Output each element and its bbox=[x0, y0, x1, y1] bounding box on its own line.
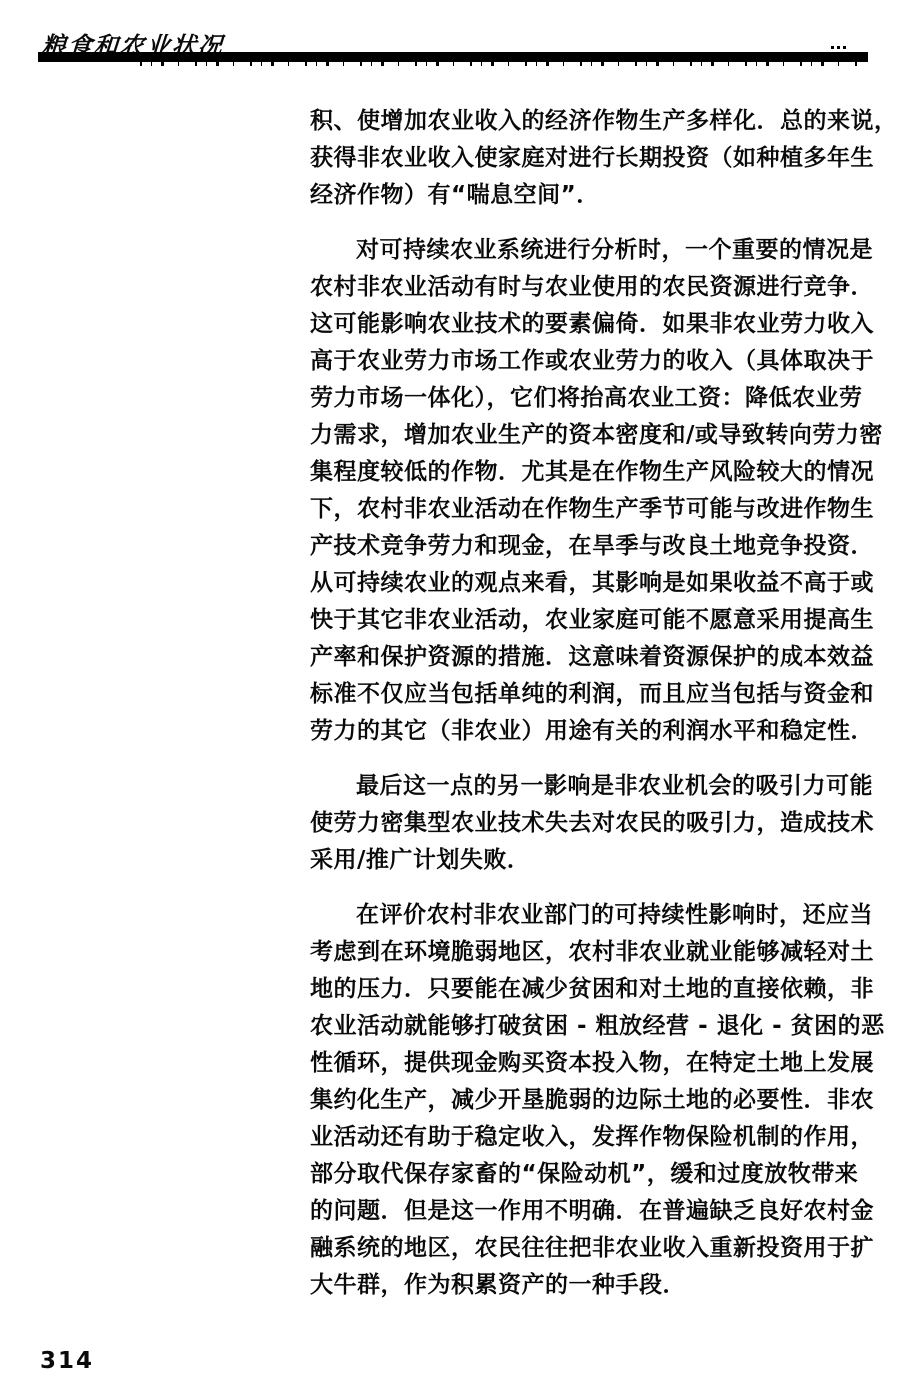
text-line: 业活动还有助于稳定收入，发挥作物保险机制的作用， bbox=[310, 1119, 870, 1156]
text-line: 产率和保护资源的措施．这意味着资源保护的成本效益 bbox=[310, 639, 870, 676]
text-line: 农村非农业活动有时与农业使用的农民资源进行竞争． bbox=[310, 269, 870, 306]
text-line: 集程度较低的作物．尤其是在作物生产风险较大的情况 bbox=[310, 454, 870, 491]
text-line: 积、使增加农业收入的经济作物生产多样化．总的来说， bbox=[310, 103, 870, 140]
text-line: 最后这一点的另一影响是非农业机会的吸引力可能 bbox=[310, 768, 870, 805]
text-line: 经济作物）有“喘息空间”． bbox=[310, 177, 870, 214]
text-line: 考虑到在环境脆弱地区，农村非农业就业能够减轻对土 bbox=[310, 934, 870, 971]
paragraph-3: 最后这一点的另一影响是非农业机会的吸引力可能 使劳力密集型农业技术失去对农民的吸… bbox=[310, 768, 870, 879]
text-line: 地的压力．只要能在减少贫困和对土地的直接依赖，非 bbox=[310, 971, 870, 1008]
paragraph-1: 积、使增加农业收入的经济作物生产多样化．总的来说， 获得非农业收入使家庭对进行长… bbox=[310, 103, 870, 214]
paragraph-4: 在评价农村非农业部门的可持续性影响时，还应当 考虑到在环境脆弱地区，农村非农业就… bbox=[310, 897, 870, 1304]
text-line: 融系统的地区，农民往往把非农业收入重新投资用于扩 bbox=[310, 1230, 870, 1267]
page-number: 314 bbox=[40, 1348, 94, 1374]
text-line: 标准不仅应当包括单纯的利润，而且应当包括与资金和 bbox=[310, 676, 870, 713]
text-line: 高于农业劳力市场工作或农业劳力的收入（具体取决于 bbox=[310, 343, 870, 380]
text-line: 在评价农村非农业部门的可持续性影响时，还应当 bbox=[310, 897, 870, 934]
body-text-column: 积、使增加农业收入的经济作物生产多样化．总的来说， 获得非农业收入使家庭对进行长… bbox=[310, 103, 870, 1322]
text-line: 下，农村非农业活动在作物生产季节可能与改进作物生 bbox=[310, 491, 870, 528]
text-line: 使劳力密集型农业技术失去对农民的吸引力，造成技术 bbox=[310, 805, 870, 842]
text-line: 对可持续农业系统进行分析时，一个重要的情况是 bbox=[310, 232, 870, 269]
scan-noise-dots bbox=[831, 46, 846, 49]
text-line: 劳力的其它（非农业）用途有关的利润水平和稳定性． bbox=[310, 713, 870, 750]
text-line: 部分取代保存家畜的“保险动机”，缓和过度放牧带来 bbox=[310, 1156, 870, 1193]
text-line: 采用/推广计划失败． bbox=[310, 842, 870, 879]
text-line: 的问题．但是这一作用不明确．在普遍缺乏良好农村金 bbox=[310, 1193, 870, 1230]
paragraph-2: 对可持续农业系统进行分析时，一个重要的情况是 农村非农业活动有时与农业使用的农民… bbox=[310, 232, 870, 750]
text-line: 农业活动就能够打破贫困 - 粗放经营 - 退化 - 贫困的恶 bbox=[310, 1008, 870, 1045]
text-line: 劳力市场一体化），它们将抬高农业工资：降低农业劳 bbox=[310, 380, 870, 417]
text-line: 获得非农业收入使家庭对进行长期投资（如种植多年生 bbox=[310, 140, 870, 177]
text-line: 产技术竞争劳力和现金，在旱季与改良土地竞争投资． bbox=[310, 528, 870, 565]
text-line: 从可持续农业的观点来看，其影响是如果收益不高于或 bbox=[310, 565, 870, 602]
scan-noise-ticks bbox=[140, 62, 862, 66]
scanned-page: 粮食和农业状况 积、使增加农业收入的经济作物生产多样化．总的来说， 获得非农业收… bbox=[0, 0, 900, 1400]
text-line: 大牛群，作为积累资产的一种手段． bbox=[310, 1267, 870, 1304]
text-line: 力需求，增加农业生产的资本密度和/或导致转向劳力密 bbox=[310, 417, 870, 454]
text-line: 快于其它非农业活动，农业家庭可能不愿意采用提高生 bbox=[310, 602, 870, 639]
header-rule bbox=[38, 52, 868, 62]
text-line: 这可能影响农业技术的要素偏倚．如果非农业劳力收入 bbox=[310, 306, 870, 343]
text-line: 集约化生产，减少开垦脆弱的边际土地的必要性．非农 bbox=[310, 1082, 870, 1119]
text-line: 性循环，提供现金购买资本投入物，在特定土地上发展 bbox=[310, 1045, 870, 1082]
